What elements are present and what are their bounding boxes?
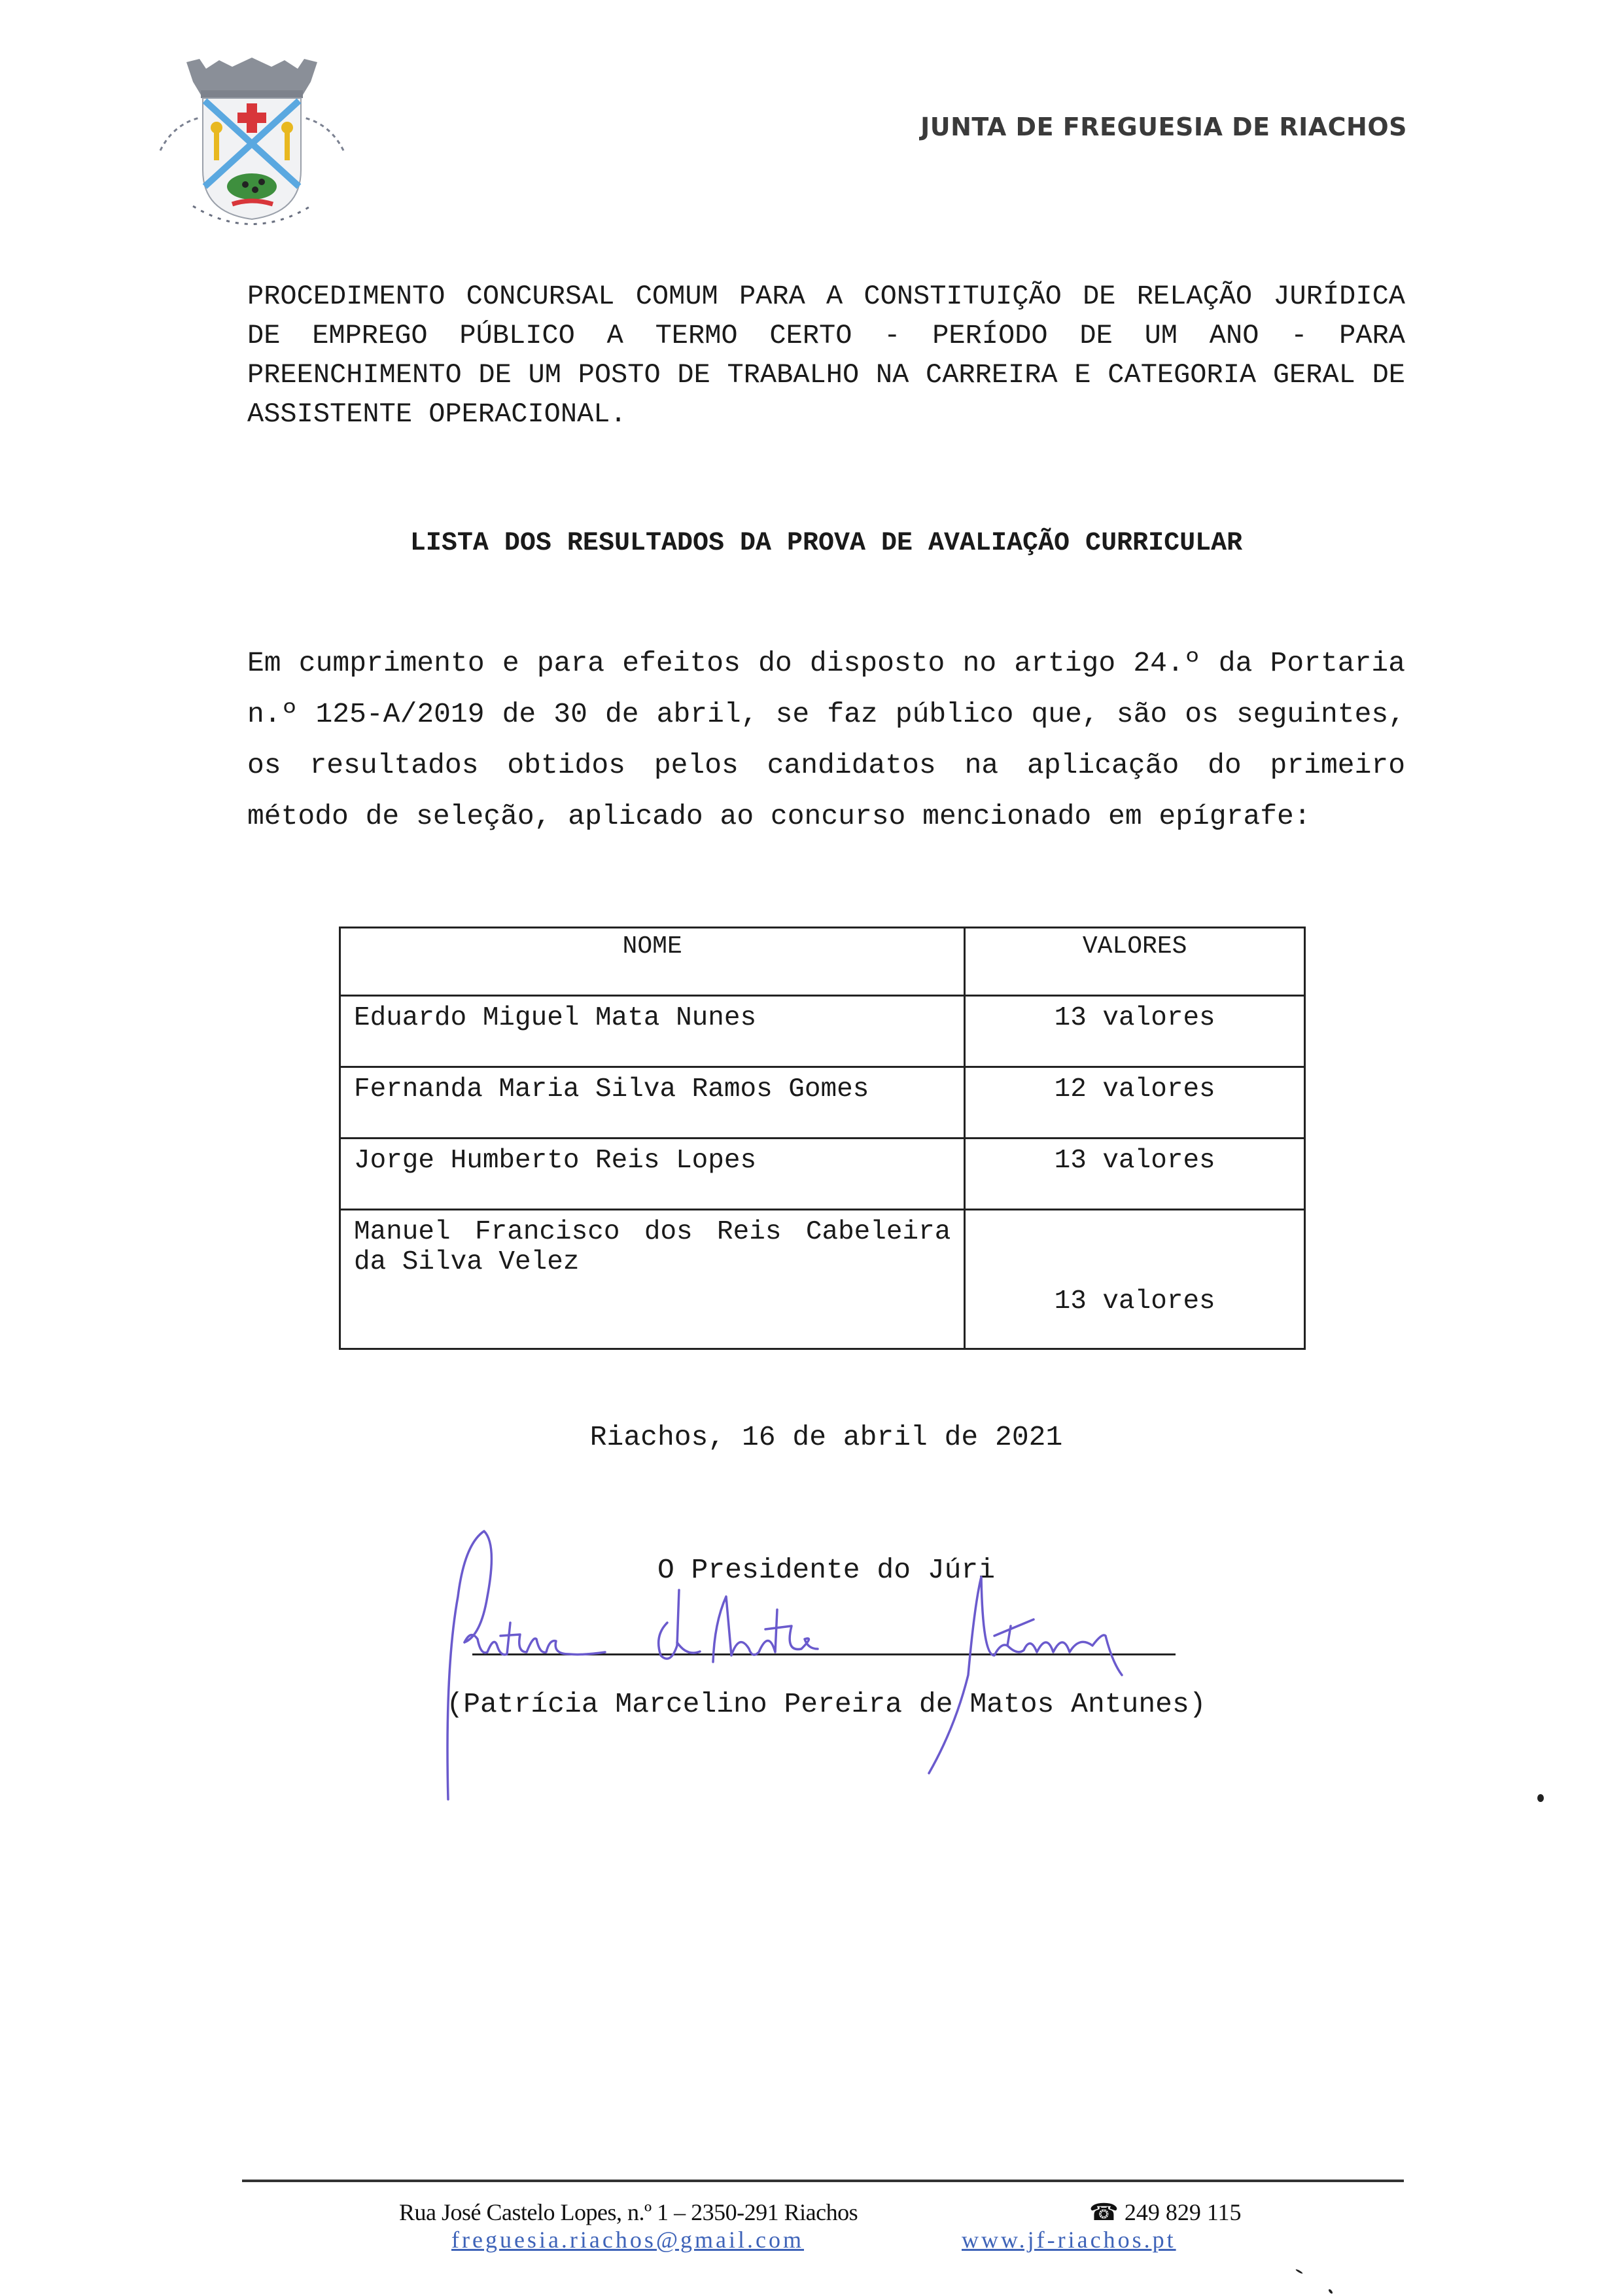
column-header-value: VALORES: [965, 928, 1305, 996]
table-row: Eduardo Miguel Mata Nunes 13 valores: [340, 996, 1305, 1067]
document-title: LISTA DOS RESULTADOS DA PROVA DE AVALIAÇ…: [247, 529, 1405, 558]
candidate-score: 13 valores: [965, 1139, 1305, 1210]
handwritten-signature-icon: [419, 1505, 1269, 1806]
candidate-name: Fernanda Maria Silva Ramos Gomes: [340, 1067, 965, 1139]
candidate-score: 13 valores: [965, 996, 1305, 1067]
scan-artifact: [1295, 2269, 1303, 2274]
footer-divider: [242, 2180, 1404, 2182]
table-row: Jorge Humberto Reis Lopes 13 valores: [340, 1139, 1305, 1210]
candidate-name: Eduardo Miguel Mata Nunes: [340, 996, 965, 1067]
candidate-score: 12 valores: [965, 1067, 1305, 1139]
coat-of-arms-icon: [154, 46, 350, 242]
phone-number: 249 829 115: [1125, 2199, 1242, 2225]
table-row: Manuel Francisco dos Reis Cabeleira da S…: [340, 1210, 1305, 1349]
procedure-description: PROCEDIMENTO CONCURSAL COMUM PARA A CONS…: [247, 277, 1405, 434]
table-row: Fernanda Maria Silva Ramos Gomes 12 valo…: [340, 1067, 1305, 1139]
results-table: NOME VALORES Eduardo Miguel Mata Nunes 1…: [339, 927, 1306, 1350]
candidate-score: 13 valores: [965, 1210, 1305, 1349]
body-paragraph: Em cumprimento e para efeitos do dispost…: [247, 638, 1405, 842]
organization-name: JUNTA DE FREGUESIA DE RIACHOS: [920, 113, 1407, 141]
place-and-date: Riachos, 16 de abril de 2021: [247, 1421, 1405, 1453]
candidate-name: Manuel Francisco dos Reis Cabeleira da S…: [340, 1210, 965, 1349]
column-header-name: NOME: [340, 928, 965, 996]
scan-artifact: [1328, 2289, 1333, 2295]
footer-phone: ☎ 249 829 115: [1089, 2199, 1242, 2226]
email-link[interactable]: freguesia.riachos@gmail.com: [451, 2226, 804, 2253]
website-link[interactable]: www.jf-riachos.pt: [962, 2226, 1176, 2253]
scan-artifact: [1537, 1794, 1544, 1802]
candidate-name: Jorge Humberto Reis Lopes: [340, 1139, 965, 1210]
footer-address: Rua José Castelo Lopes, n.º 1 – 2350-291…: [399, 2199, 858, 2226]
telephone-icon: ☎: [1089, 2199, 1119, 2225]
table-header-row: NOME VALORES: [340, 928, 1305, 996]
